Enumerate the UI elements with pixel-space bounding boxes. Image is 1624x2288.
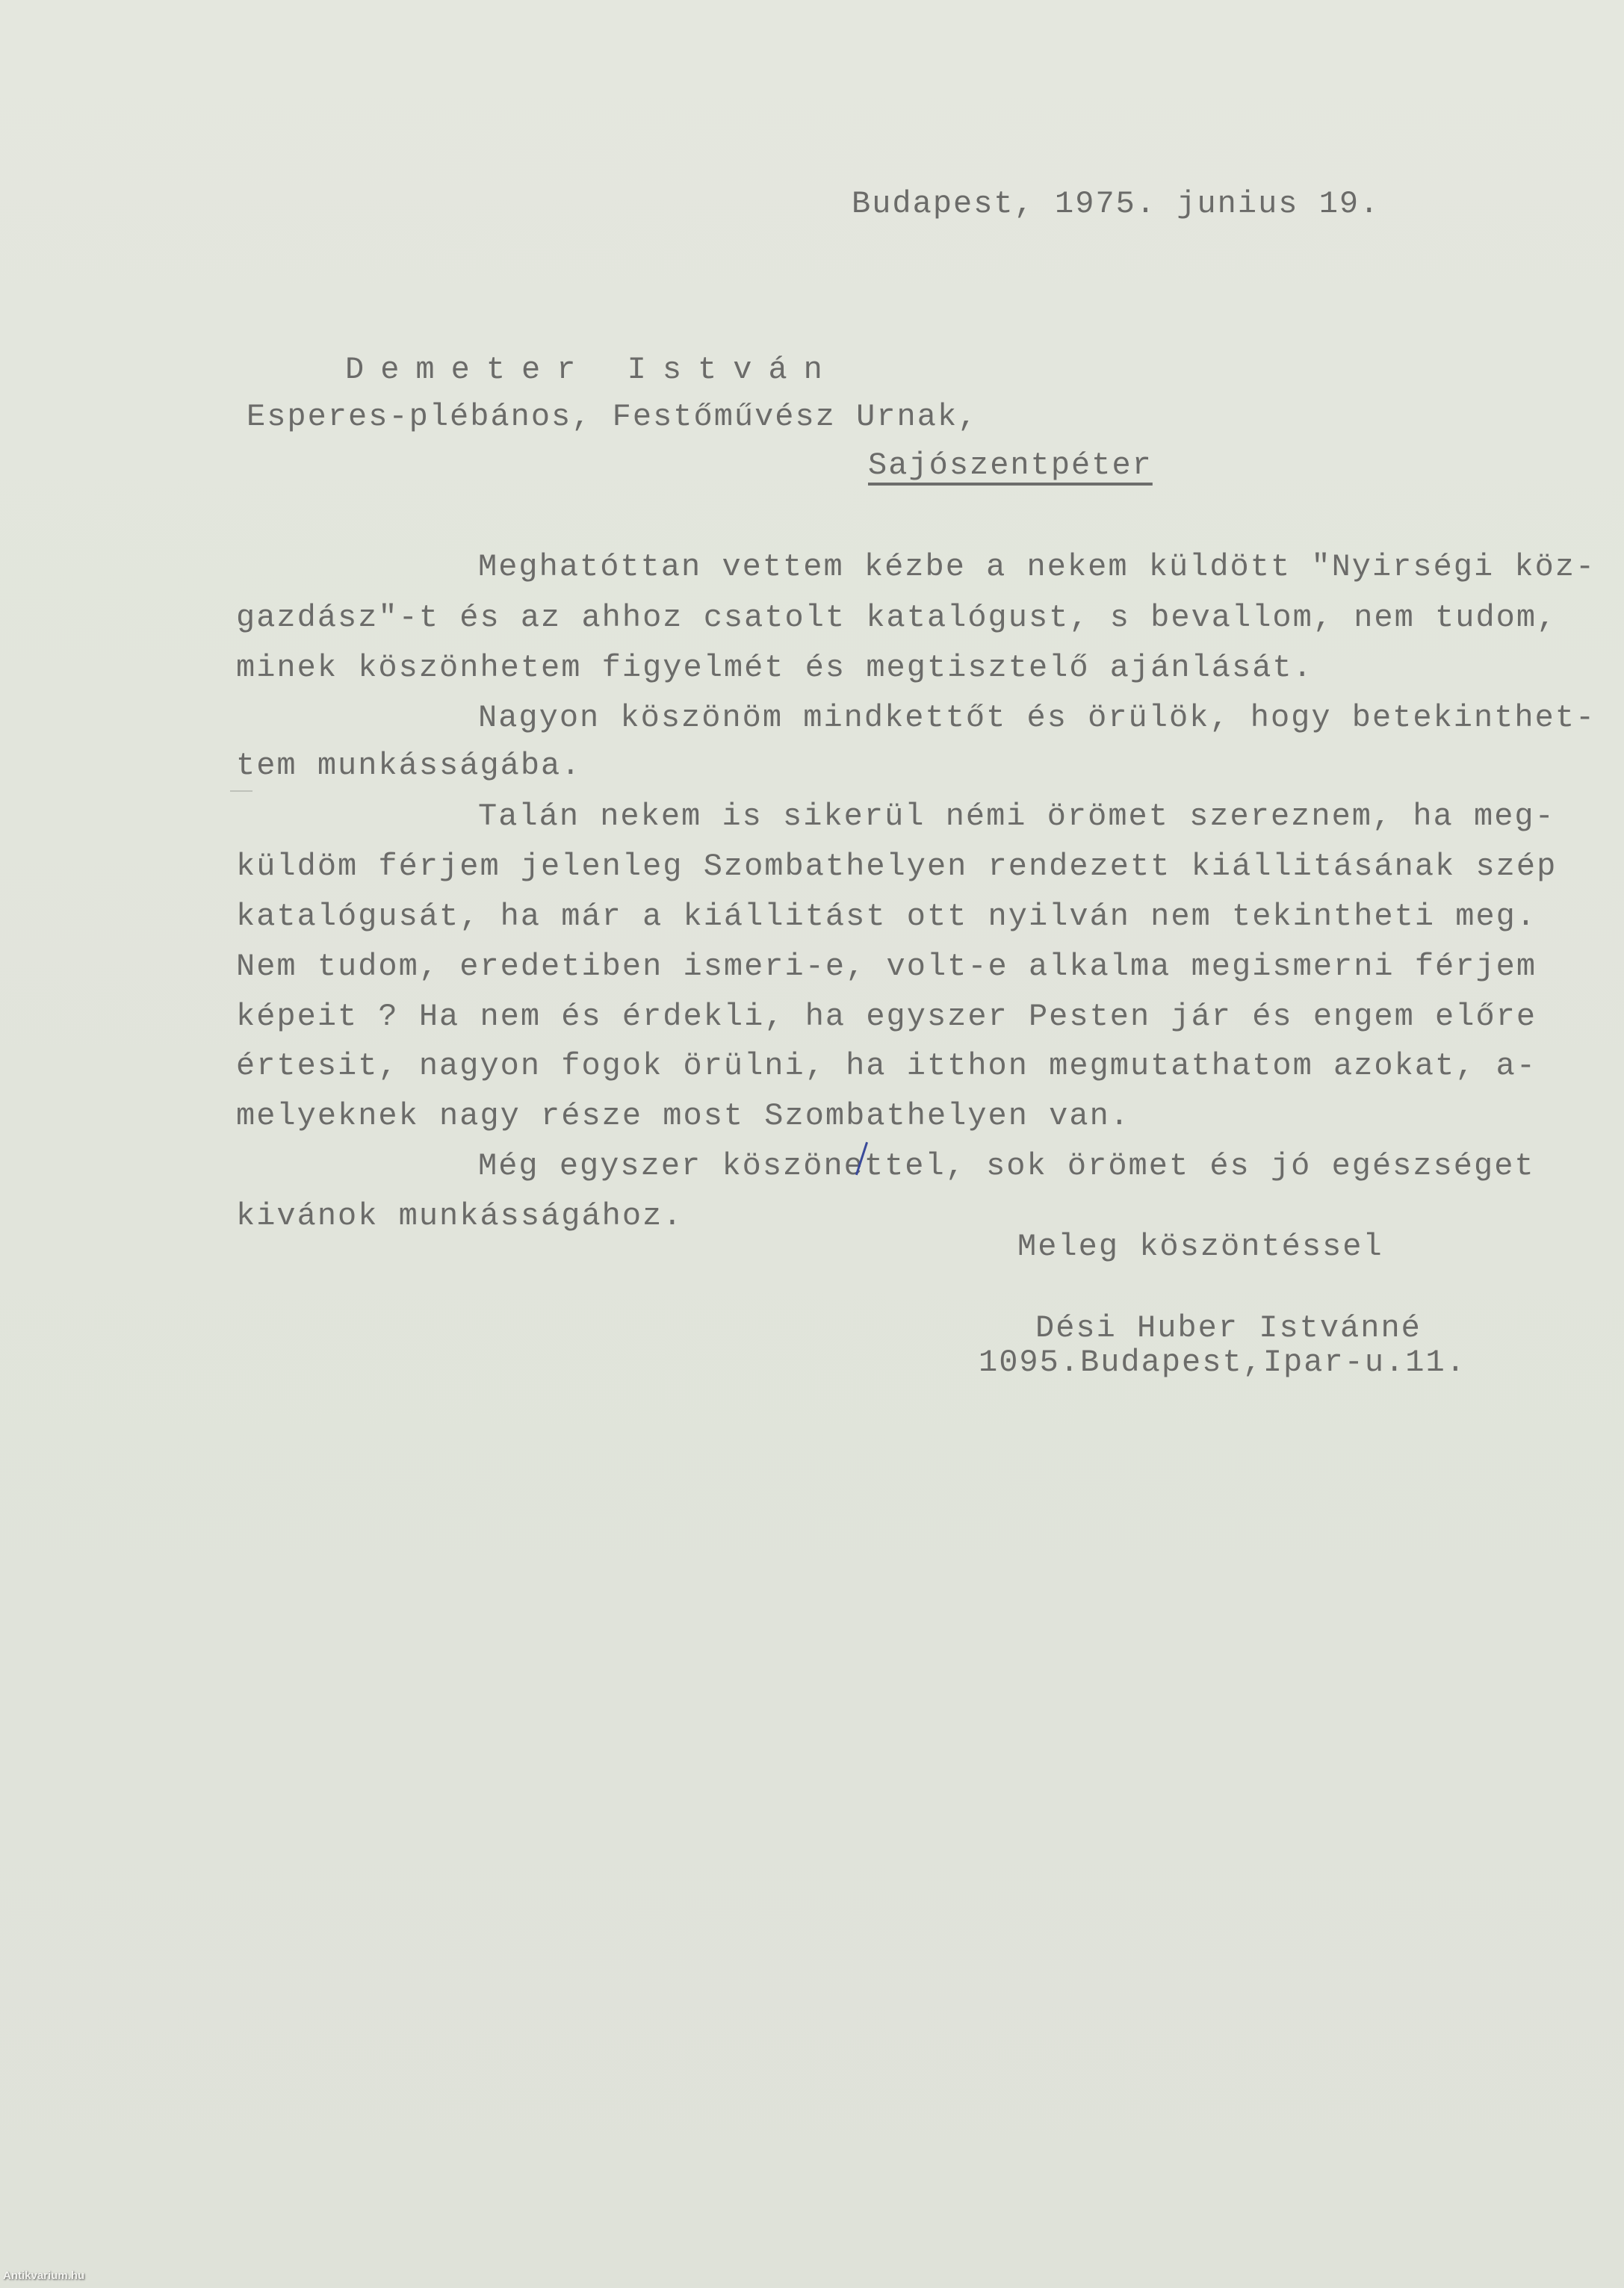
- body-line: gazdász"-t és az ahhoz csatolt katalógus…: [236, 602, 1557, 633]
- body-line: Meghatóttan vettem kézbe a nekem küldött…: [478, 551, 1596, 583]
- date-line: Budapest, 1975. junius 19.: [852, 188, 1380, 220]
- recipient-name: Demeter István: [345, 354, 839, 385]
- body-line: Nagyon köszönöm mindkettőt és örülök, ho…: [478, 702, 1596, 734]
- watermark-logo: Antikvarium.hu: [3, 2269, 84, 2282]
- body-line: képeit ? Ha nem és érdekli, ha egyszer P…: [236, 1001, 1537, 1032]
- body-line: kivánok munkásságához.: [236, 1200, 684, 1232]
- letter-paper: [0, 0, 1624, 2288]
- body-line: melyeknek nagy része most Szombathelyen …: [236, 1100, 1130, 1132]
- body-line: értesit, nagyon fogok örülni, ha itthon …: [236, 1050, 1537, 1082]
- body-line: küldöm férjem jelenleg Szombathelyen ren…: [236, 851, 1557, 882]
- body-line: tem munkásságába.: [236, 750, 581, 781]
- recipient-place: Sajószentpéter: [868, 450, 1153, 481]
- body-line: katalógusát, ha már a kiállitást ott nyi…: [236, 901, 1537, 932]
- margin-mark: [230, 790, 252, 792]
- signature-address: 1095.Budapest,Ipar-u.11.: [979, 1347, 1466, 1378]
- closing-line: Meleg köszöntéssel: [1017, 1231, 1383, 1262]
- recipient-title: Esperes-plébános, Festőművész Urnak,: [247, 401, 978, 433]
- body-line: Még egyszer köszönettel, sok örömet és j…: [478, 1150, 1535, 1182]
- body-line: minek köszönhetem figyelmét és megtiszte…: [236, 652, 1313, 683]
- body-line: Talán nekem is sikerül némi örömet szere…: [478, 801, 1555, 832]
- signature-name: Dési Huber Istvánné: [1035, 1312, 1422, 1344]
- body-line: Nem tudom, eredetiben ismeri-e, volt-e a…: [236, 951, 1537, 982]
